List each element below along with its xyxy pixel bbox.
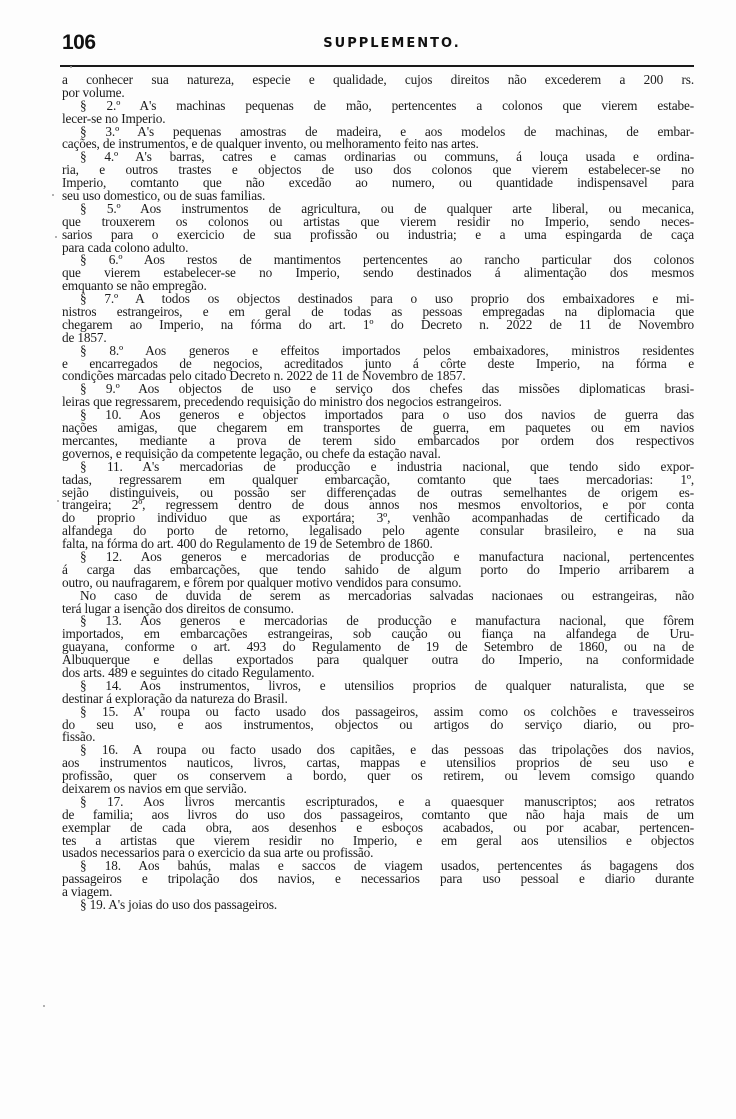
paragraph-s18: § 18. Aos bahús, malas e saccos de viage… — [62, 860, 694, 899]
paragraph-s12b: No caso de duvida de serem as mercadoria… — [62, 590, 694, 616]
paragraph-s19: § 19. A's joias do uso dos passageiros. — [62, 899, 694, 912]
paragraph-s14: § 14. Aos instrumentos, livros, e utensi… — [62, 680, 694, 706]
paragraph-s8: § 8.º Aos generos e effeitos importados … — [62, 345, 694, 384]
text-line: § 19. A's joias do uso dos passageiros. — [62, 899, 694, 912]
text-line: do seu uso, e aos instrumentos, objectos… — [62, 719, 694, 732]
print-speck — [52, 194, 54, 196]
paragraph-s9: § 9.º Aos objectos de uso e serviço dos … — [62, 383, 694, 409]
paragraph-s16: § 16. A roupa ou facto usado dos capitãe… — [62, 744, 694, 796]
paragraph-s4: § 4.º A's barras, catres e camas ordinar… — [62, 151, 694, 203]
paragraph-s17: § 17. Aos livros mercantis escripturados… — [62, 796, 694, 860]
running-title: SUPPLEMENTO. — [60, 36, 694, 51]
body-text: a conhecer sua natureza, especie e quali… — [62, 74, 694, 912]
paragraph-s15: § 15. A' roupa ou facto usado dos passag… — [62, 706, 694, 745]
text-line: passageiros e tripolação dos navios, e n… — [62, 873, 694, 886]
header-rule — [60, 65, 694, 67]
print-speck — [70, 66, 72, 68]
paragraph-s11: § 11. A's mercadorias de producção e ind… — [62, 461, 694, 551]
paragraph-s5: § 5.º Aos instrumentos de agricultura, o… — [62, 203, 694, 255]
paragraph-s10: § 10. Aos generos e objectos importados … — [62, 409, 694, 461]
paragraph-s13: § 13. Aos generos e mercadorias de produ… — [62, 615, 694, 679]
print-speck — [57, 500, 59, 502]
text-line: a conhecer sua natureza, especie e quali… — [62, 74, 694, 87]
paragraph-s12: § 12. Aos generos e mercadorias de produ… — [62, 551, 694, 590]
paragraph-s2: § 2.º A's machinas pequenas de mão, pert… — [62, 100, 694, 126]
print-speck — [43, 1005, 45, 1007]
page-header: 106 SUPPLEMENTO. — [60, 30, 694, 60]
paragraph-s3: § 3.º A's pequenas amostras de madeira, … — [62, 126, 694, 152]
paragraph-cont: a conhecer sua natureza, especie e quali… — [62, 74, 694, 100]
text-line: chegarem ao Imperio, na fórma do art. 1º… — [62, 319, 694, 332]
paragraph-s6: § 6.º Aos restos de mantimentos pertence… — [62, 254, 694, 293]
document-page: 106 SUPPLEMENTO. a conhecer sua natureza… — [0, 0, 736, 1119]
print-speck — [55, 236, 57, 238]
paragraph-s7: § 7.º A todos os objectos destinados par… — [62, 293, 694, 345]
